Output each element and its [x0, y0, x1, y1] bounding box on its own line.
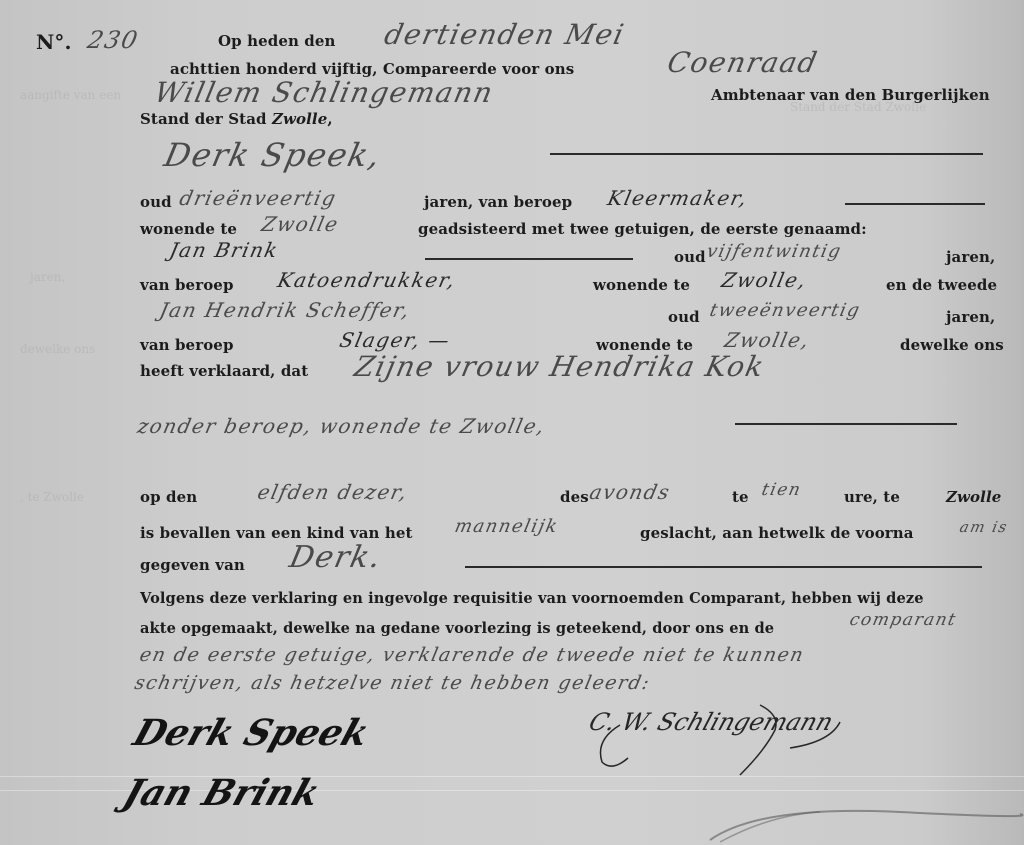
handwritten-birth-day: elfden dezer, [255, 480, 410, 504]
printed-text: , [327, 110, 332, 128]
handwritten-date: dertienden Mei [381, 18, 627, 51]
printed-text: Stand der Stad [140, 110, 272, 128]
printed-text: akte opgemaakt, dewelke na gedane voorle… [140, 620, 774, 637]
ink-flourish-icon [700, 800, 1024, 845]
fill-line [465, 566, 982, 568]
city-name: Zwolle [272, 110, 327, 128]
handwritten-child-name: Derk. [286, 540, 385, 575]
printed-text: te [732, 488, 749, 506]
record-number: 230 [85, 26, 141, 54]
printed-text: jaren, [946, 308, 995, 326]
handwritten-official-name: Willem Schlingemann [151, 76, 496, 109]
printed-text: Volgens deze verklaring en ingevolge req… [140, 590, 924, 607]
handwritten-witness1-name: Jan Brink [167, 238, 280, 262]
printed-text: Op heden den [218, 32, 336, 50]
printed-text: oud [668, 308, 700, 326]
printed-text: Stand der Stad Zwolle, [140, 110, 333, 128]
city-name: Zwolle [946, 488, 1001, 506]
signature-witness1: Jan Brink [118, 772, 325, 814]
handwritten-witness2-residence: Zwolle, [722, 328, 812, 352]
fill-line [735, 423, 957, 425]
handwritten-time-of-day: avonds [587, 480, 672, 504]
bleed-through-text: dewelke ons [20, 342, 95, 356]
printed-text: oud [674, 248, 706, 266]
bleed-through-text: jaren, [30, 270, 65, 284]
handwritten-witness1-age: vijfentwintig [705, 241, 844, 262]
handwritten-residence: Zwolle [259, 212, 341, 236]
handwritten-age: drieënveertig [177, 186, 339, 210]
printed-text: en de tweede [886, 276, 997, 294]
printed-text: wonende te [593, 276, 690, 294]
handwritten-text: am is [958, 518, 1010, 536]
printed-text: ure, te [844, 488, 900, 506]
printed-text: geadsisteerd met twee getuigen, de eerst… [418, 220, 867, 238]
handwritten-witness1-occupation: Katoendrukker, [275, 268, 458, 292]
printed-text: van beroep [140, 336, 234, 354]
bleed-through-text: , te Zwolle [20, 490, 84, 504]
handwritten-birth-hour: tien [760, 480, 804, 500]
printed-text: des [560, 488, 589, 506]
handwritten-comparant-name: Derk Speek, [161, 136, 385, 174]
civil-record-page: aangifte van een jaren, dewelke ons , te… [0, 0, 1024, 845]
handwritten-witness2-name: Jan Hendrik Scheffer, [157, 298, 412, 322]
printed-text: wonende te [140, 220, 237, 238]
handwritten-witness2-occupation: Slager, — [337, 328, 452, 352]
handwritten-mother-details: zonder beroep, wonende te Zwolle, [135, 414, 547, 438]
handwritten-closing-text: schrijven, als hetzelve niet te hebben g… [133, 672, 653, 694]
handwritten-witness2-age: tweeënveertig [708, 300, 863, 321]
bleed-through-text: aangifte van een [20, 88, 121, 102]
printed-text: van beroep [140, 276, 234, 294]
handwritten-mother-name: Zijne vrouw Hendrika Kok [351, 350, 767, 383]
printed-text: geslacht, aan hetwelk de voorna [640, 524, 914, 542]
handwritten-closing-text: en de eerste getuige, verklarende de twe… [138, 644, 807, 666]
handwritten-witness1-residence: Zwolle, [719, 268, 809, 292]
handwritten-text: comparant [848, 610, 959, 630]
fill-line [425, 258, 633, 260]
fill-line [845, 203, 985, 205]
record-number-label: N°. [36, 30, 72, 54]
printed-text: oud [140, 193, 172, 211]
signature-comparant: Derk Speek [128, 712, 374, 754]
printed-text: jaren, [946, 248, 995, 266]
printed-text: gegeven van [140, 556, 245, 574]
printed-text: dewelke ons [900, 336, 1004, 354]
handwritten-official-firstname: Coenraad [664, 46, 821, 79]
printed-text: op den [140, 488, 197, 506]
signature-flourish-icon [590, 700, 850, 780]
handwritten-occupation: Kleermaker, [605, 186, 750, 210]
handwritten-child-sex: mannelijk [453, 516, 561, 537]
printed-text: heeft verklaard, dat [140, 362, 308, 380]
printed-text: Ambtenaar van den Burgerlijken [711, 86, 990, 104]
fill-line [550, 153, 983, 155]
printed-text: jaren, van beroep [424, 193, 572, 211]
